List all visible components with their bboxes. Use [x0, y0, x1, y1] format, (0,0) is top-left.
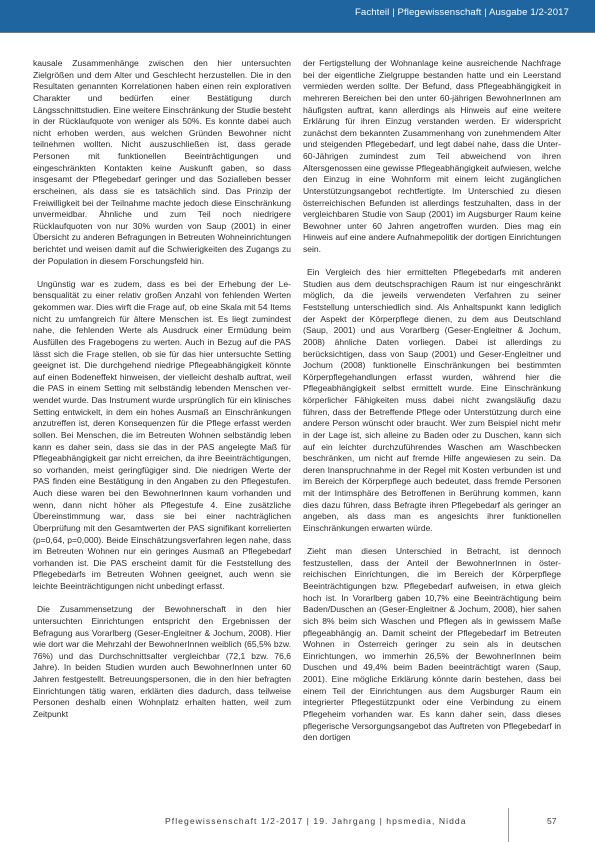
footer-divider [508, 808, 509, 842]
paragraph: Ungünstig war es zudem, dass es bei der … [33, 279, 291, 593]
paragraph: kausale Zusammenhänge zwischen den hier … [33, 58, 291, 267]
running-header-bar: Fachteil | Pflegewissenschaft | Ausgabe … [0, 0, 595, 33]
footer-citation: Pflegewissenschaft 1/2-2017 | 19. Jahrga… [165, 816, 467, 826]
paragraph: Zieht man diesen Unterschied in Betracht… [303, 546, 561, 744]
paragraph: der Fertigstellung der Wohnanlage keine … [303, 58, 561, 256]
text-column-left: kausale Zusammenhänge zwischen den hier … [33, 58, 291, 721]
paragraph: Ein Vergleich des hier ermittelten Pfleg… [303, 267, 561, 534]
page-number: 57 [547, 816, 557, 826]
text-column-right: der Fertigstellung der Wohnanlage keine … [303, 58, 561, 744]
running-header-title: Fachteil | Pflegewissenschaft | Ausgabe … [355, 7, 569, 18]
paragraph: Die Zusammensetzung der Bewohnerschaft i… [33, 604, 291, 720]
